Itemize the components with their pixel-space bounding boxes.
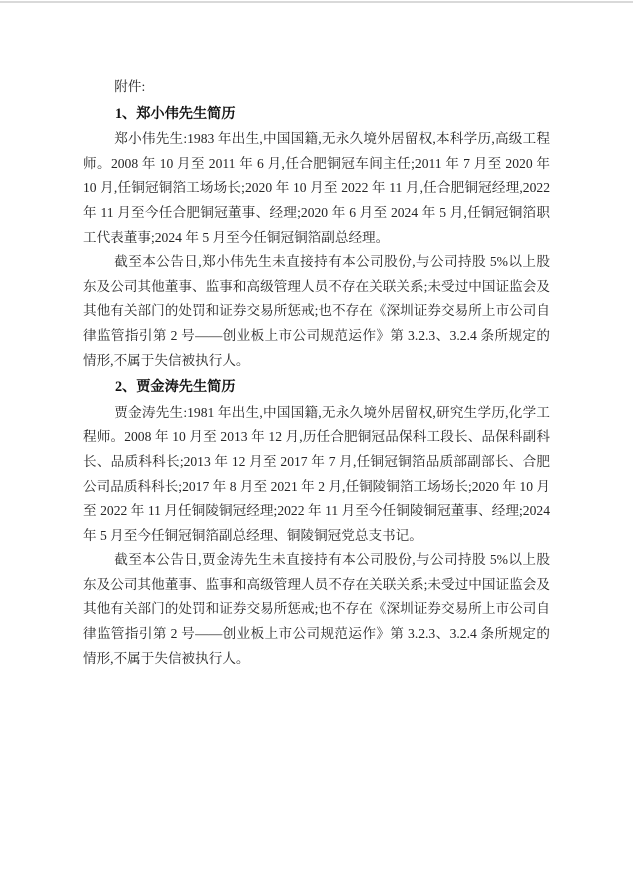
section-2-disclosure-paragraph: 截至本公告日,贾金涛先生未直接持有本公司股份,与公司持股 5%以上股东及公司其他… [83, 548, 550, 671]
document-content: 附件: 1、郑小伟先生简历 郑小伟先生:1983 年出生,中国国籍,无永久境外居… [83, 0, 550, 671]
section-1-disclosure-paragraph: 截至本公告日,郑小伟先生未直接持有本公司股份,与公司持股 5%以上股东及公司其他… [83, 250, 550, 373]
attachment-label: 附件: [83, 75, 550, 100]
section-2-bio-paragraph: 贾金涛先生:1981 年出生,中国国籍,无永久境外居留权,研究生学历,化学工程师… [83, 401, 550, 549]
section-1-bio-paragraph: 郑小伟先生:1983 年出生,中国国籍,无永久境外居留权,本科学历,高级工程师。… [83, 127, 550, 250]
section-1-heading: 1、郑小伟先生简历 [83, 102, 550, 127]
section-2-heading: 2、贾金涛先生简历 [83, 375, 550, 400]
document-page: 附件: 1、郑小伟先生简历 郑小伟先生:1983 年出生,中国国籍,无永久境外居… [0, 0, 633, 892]
